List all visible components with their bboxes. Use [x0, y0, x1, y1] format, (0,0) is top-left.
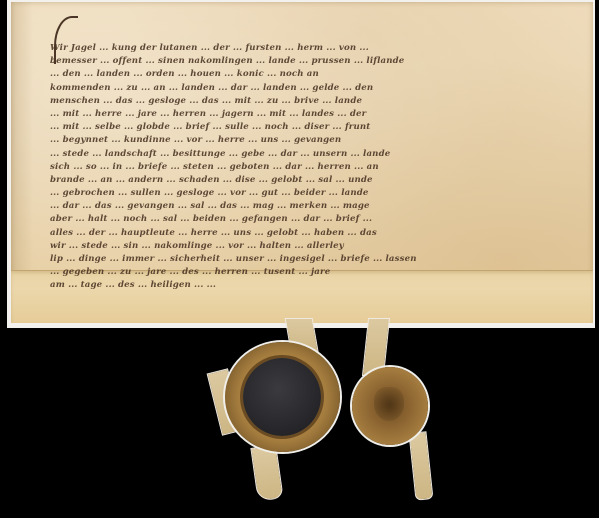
charter-image: Wir Jagel ... kung der lutanen ... der .… [0, 0, 599, 518]
text-line: ... gegeben ... zu ... jare ... des ... … [50, 266, 550, 279]
wax-seal-small [352, 367, 428, 445]
text-line: lip ... dinge ... immer ... sicherheit .… [50, 253, 550, 266]
text-line: sich ... so ... in ... briefe ... steten… [50, 161, 550, 174]
seal-tag-right-tail [408, 431, 433, 501]
text-line: kommenden ... zu ... an ... landen ... d… [50, 82, 550, 95]
wax-seal-small-device [374, 387, 404, 421]
seal-tag-left-tail [250, 444, 283, 501]
text-line: ... mit ... selbe ... globde ... brief .… [50, 121, 550, 134]
text-line: brande ... an ... andern ... schaden ...… [50, 174, 550, 187]
wax-seal-large-core [243, 358, 321, 436]
charter-text: Wir Jagel ... kung der lutanen ... der .… [50, 42, 550, 293]
text-line: ... den ... landen ... orden ... houen .… [50, 68, 550, 81]
text-line: aber ... halt ... noch ... sal ... beide… [50, 213, 550, 226]
text-line: ... dar ... das ... gevangen ... sal ...… [50, 200, 550, 213]
text-line: wir ... stede ... sin ... nakomlinge ...… [50, 240, 550, 253]
text-line: alles ... der ... hauptleute ... herre .… [50, 227, 550, 240]
text-line: ... mit ... herre ... jare ... herren ..… [50, 108, 550, 121]
wax-seal-large [225, 342, 340, 452]
text-line: ... gebrochen ... sullen ... gesloge ...… [50, 187, 550, 200]
text-line: bemesser ... offent ... sinen nakomlinge… [50, 55, 550, 68]
text-line: Wir Jagel ... kung der lutanen ... der .… [50, 42, 550, 55]
text-line: ... begynnet ... kundinne ... vor ... he… [50, 134, 550, 147]
text-line: ... stede ... landschaft ... besittunge … [50, 148, 550, 161]
text-line: am ... tage ... des ... heiligen ... ... [50, 279, 235, 292]
text-line: menschen ... das ... gesloge ... das ...… [50, 95, 550, 108]
